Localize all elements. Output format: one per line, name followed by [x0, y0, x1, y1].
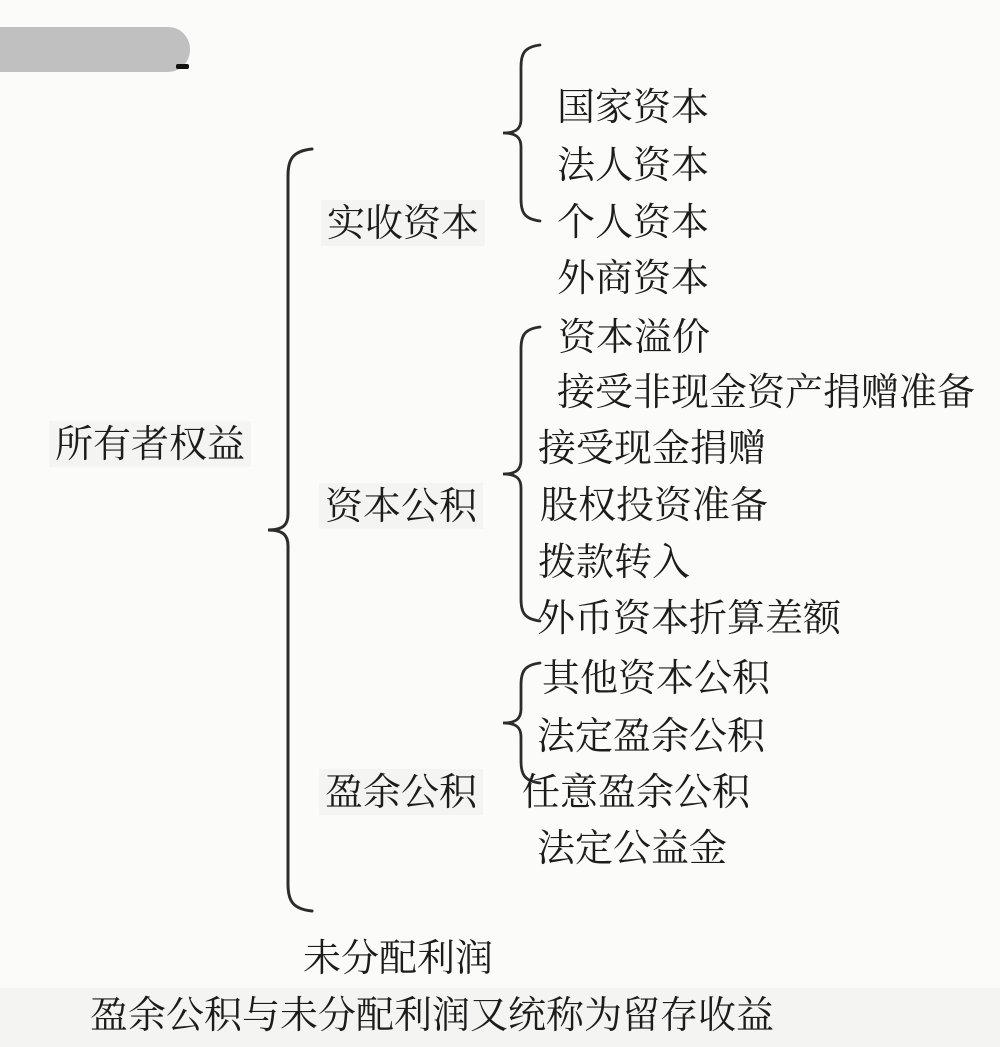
node-statutory-welfare-fund: 法定公益金 [537, 828, 727, 868]
capital-reserve-brace [496, 324, 544, 624]
node-individual-capital: 个人资本 [557, 202, 709, 242]
redaction-mark [176, 64, 189, 69]
node-undistributed-profit: 未分配利润 [303, 938, 493, 978]
node-state-capital: 国家资本 [557, 87, 709, 127]
node-other-capital-reserve: 其他资本公积 [542, 658, 770, 698]
node-noncash-donation-reserve: 接受非现金资产捐赠准备 [557, 372, 975, 412]
node-statutory-surplus-reserve: 法定盈余公积 [537, 716, 765, 756]
footnote-retained-earnings: 盈余公积与未分配利润又统称为留存收益 [90, 995, 774, 1035]
node-cash-donation: 接受现金捐赠 [538, 428, 766, 468]
paid-in-capital-brace [496, 42, 544, 224]
node-equity-investment-reserve: 股权投资准备 [540, 485, 768, 525]
node-discretionary-surplus-reserve: 任意盈余公积 [522, 772, 750, 812]
node-owners-equity: 所有者权益 [49, 421, 251, 467]
redaction-blob [0, 27, 190, 72]
node-appropriation-transfer: 拨款转入 [538, 542, 690, 582]
node-surplus-reserve: 盈余公积 [319, 769, 483, 815]
node-capital-premium: 资本溢价 [558, 317, 710, 357]
node-legal-person-capital: 法人资本 [557, 145, 709, 185]
node-fx-translation-difference: 外币资本折算差额 [537, 598, 841, 638]
node-capital-reserve: 资本公积 [319, 483, 483, 529]
node-foreign-capital: 外商资本 [557, 258, 709, 298]
node-paid-in-capital: 实收资本 [321, 200, 485, 246]
root-brace [262, 146, 316, 914]
